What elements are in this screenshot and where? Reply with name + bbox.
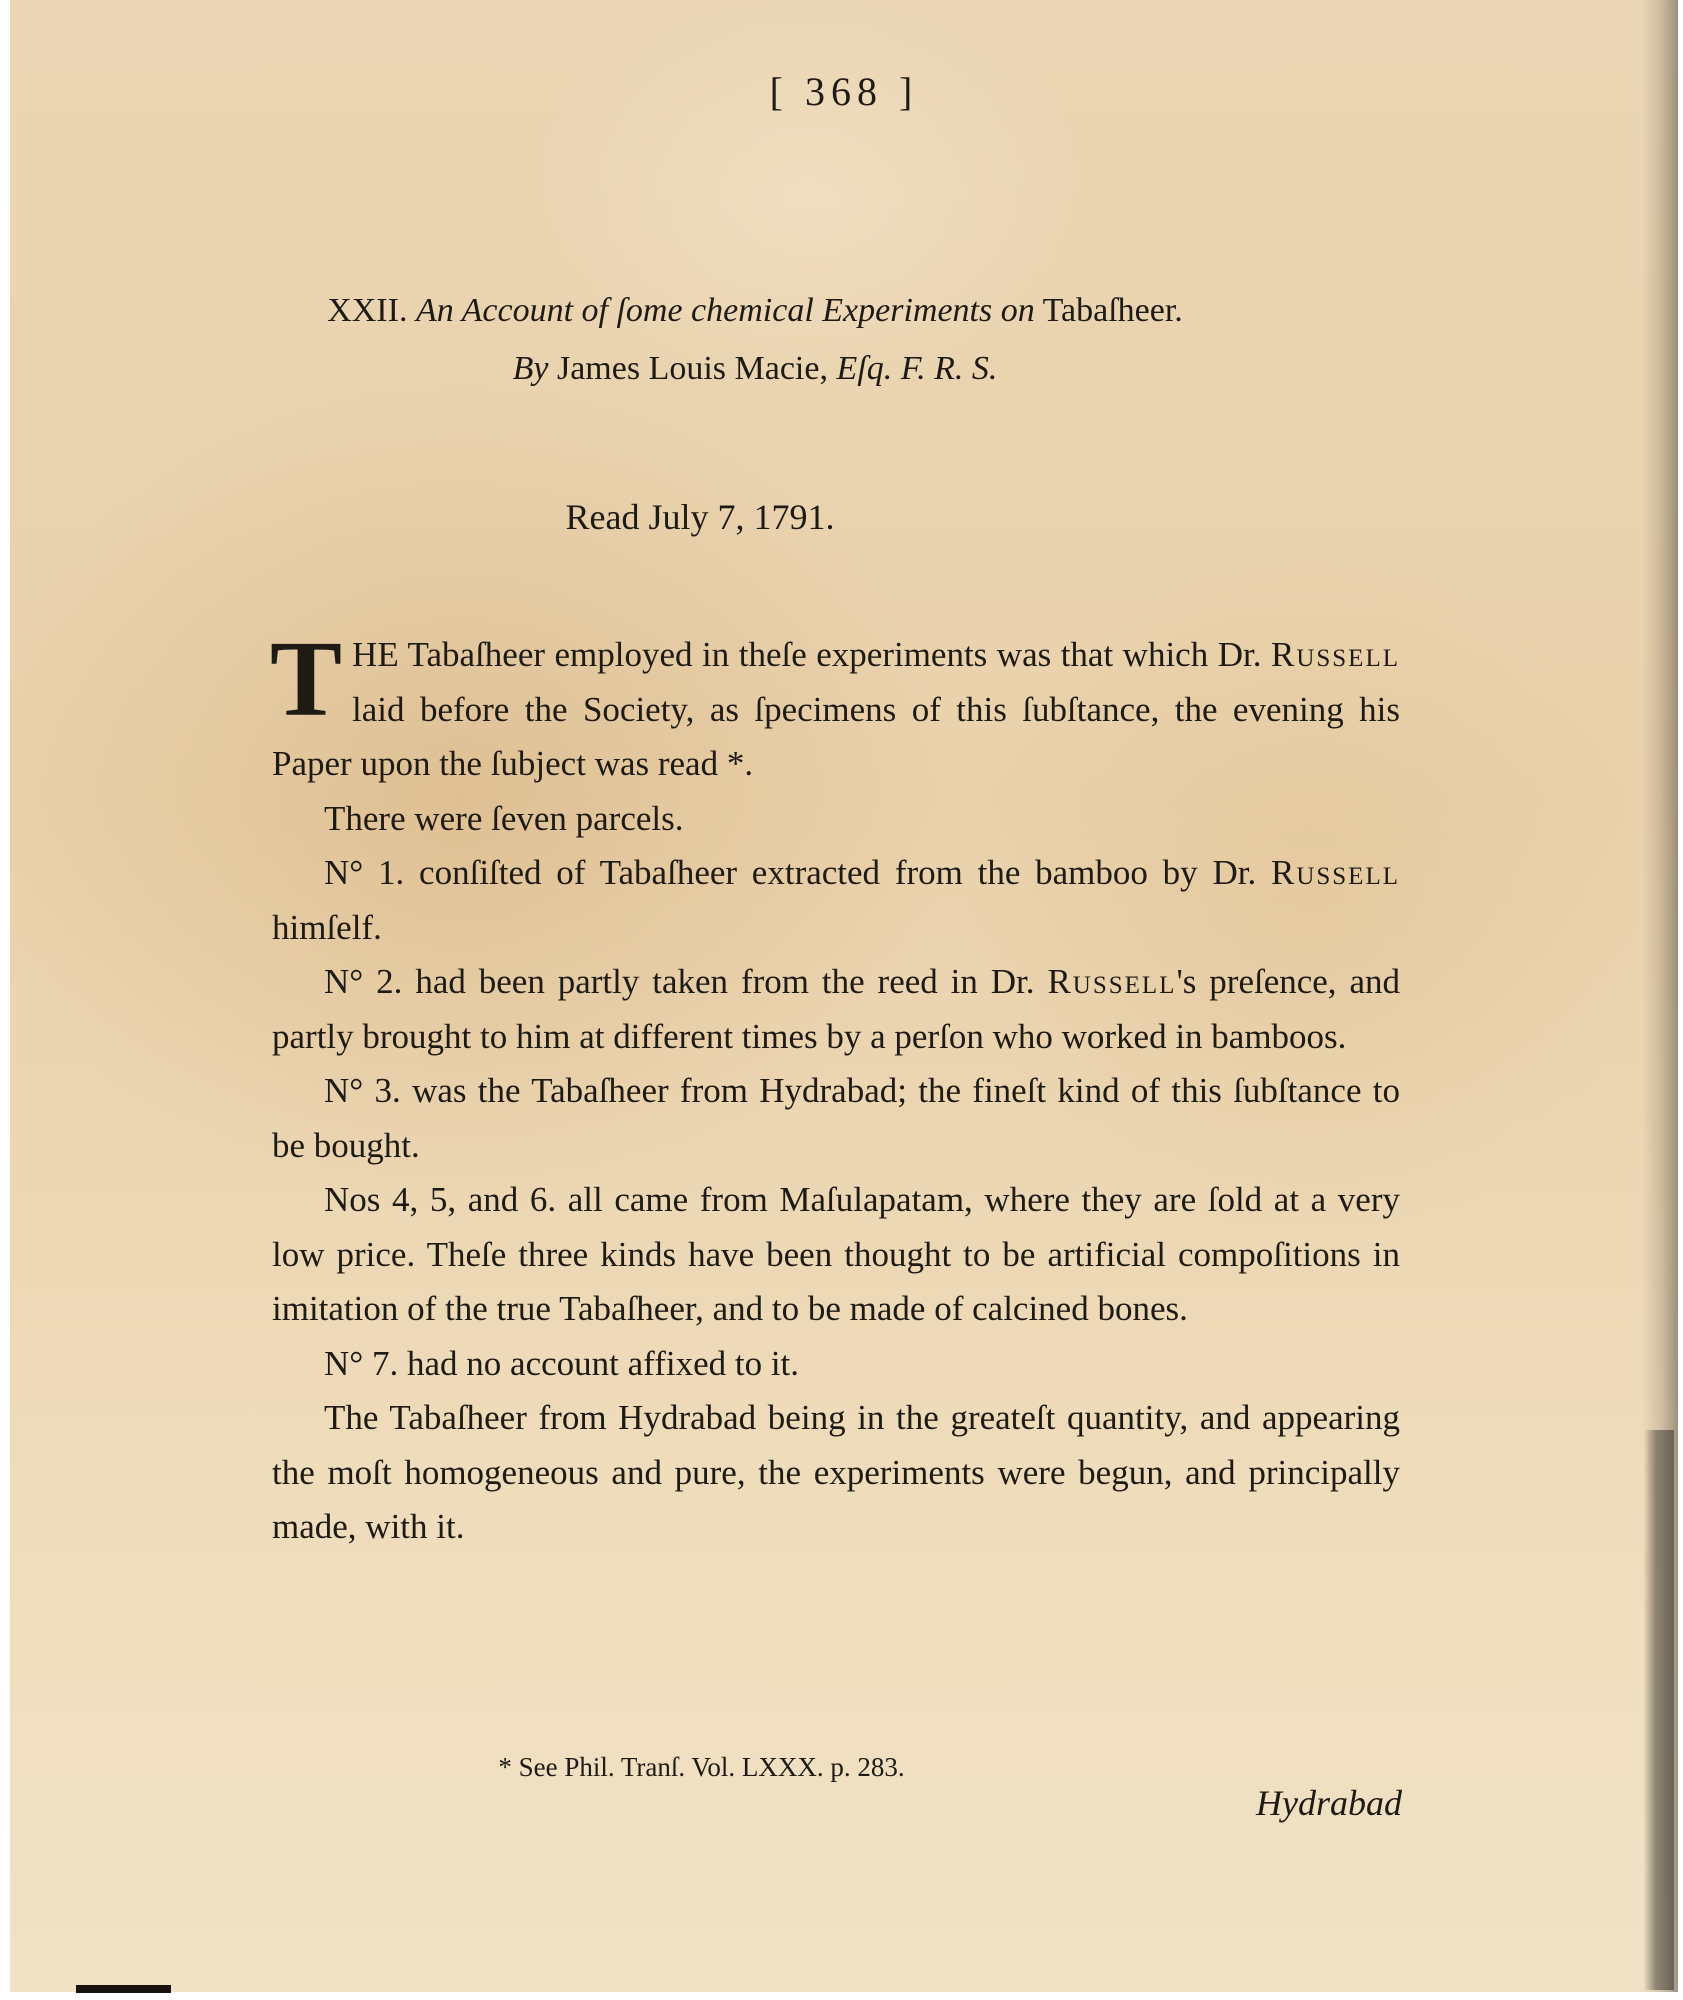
body-text: THE Tabaſheer employed in theſe experime…	[272, 628, 1400, 1555]
catchword: Hydrabad	[1190, 1782, 1402, 1824]
article-title: XXII. An Account of ſome chemical Experi…	[10, 282, 1500, 398]
name-smallcaps: Russell	[1271, 853, 1400, 892]
page-edge-shadow-lower	[1644, 1430, 1674, 1990]
drop-cap: T	[270, 636, 342, 724]
paragraph-text: N° 1. conſiſted of Tabaſheer extracted f…	[324, 853, 1271, 892]
name-smallcaps: Russell	[1271, 635, 1400, 674]
paragraph-text: N° 2. had been partly taken from the ree…	[324, 962, 1047, 1001]
paragraph: THE Tabaſheer employed in theſe experime…	[272, 628, 1400, 792]
name-smallcaps: Russell	[1047, 962, 1176, 1001]
paragraph: N° 7. had no account affixed to it.	[272, 1337, 1400, 1392]
title-italic: An Account of ſome chemical Experiments …	[416, 292, 1035, 329]
paragraph: N° 1. conſiſted of Tabaſheer extracted f…	[272, 846, 1400, 955]
paragraph: N° 3. was the Tabaſheer from Hydrabad; t…	[272, 1064, 1400, 1173]
page-number: [ 368 ]	[10, 68, 1678, 115]
byline-suffix: Eſq. F. R. S.	[836, 350, 997, 387]
byline-by: By	[513, 350, 549, 387]
scan-mark	[76, 1985, 171, 1993]
byline: By James Louis Macie, Eſq. F. R. S.	[10, 340, 1500, 398]
title-line: XXII. An Account of ſome chemical Experi…	[10, 282, 1500, 340]
title-roman: Tabaſheer.	[1043, 292, 1183, 329]
paragraph: Nos 4, 5, and 6. all came from Maſulapat…	[272, 1173, 1400, 1337]
paragraph: N° 2. had been partly taken from the ree…	[272, 955, 1400, 1064]
paragraph: The Tabaſheer from Hydrabad being in the…	[272, 1391, 1400, 1555]
scanned-page: [ 368 ] XXII. An Account of ſome chemica…	[10, 0, 1678, 1992]
paragraph: There were ſeven parcels.	[272, 792, 1400, 847]
footnote: * See Phil. Tranſ. Vol. LXXX. p. 283.	[10, 1752, 1393, 1783]
paragraph-text: himſelf.	[272, 908, 382, 947]
byline-author: James Louis Macie,	[557, 350, 828, 387]
paragraph-text: laid before the Society, as ſpecimens of…	[272, 690, 1400, 784]
title-numeral: XXII.	[327, 292, 407, 329]
read-date: Read July 7, 1791.	[10, 496, 1390, 538]
paragraph-text: HE Tabaſheer employed in theſe experimen…	[352, 635, 1271, 674]
